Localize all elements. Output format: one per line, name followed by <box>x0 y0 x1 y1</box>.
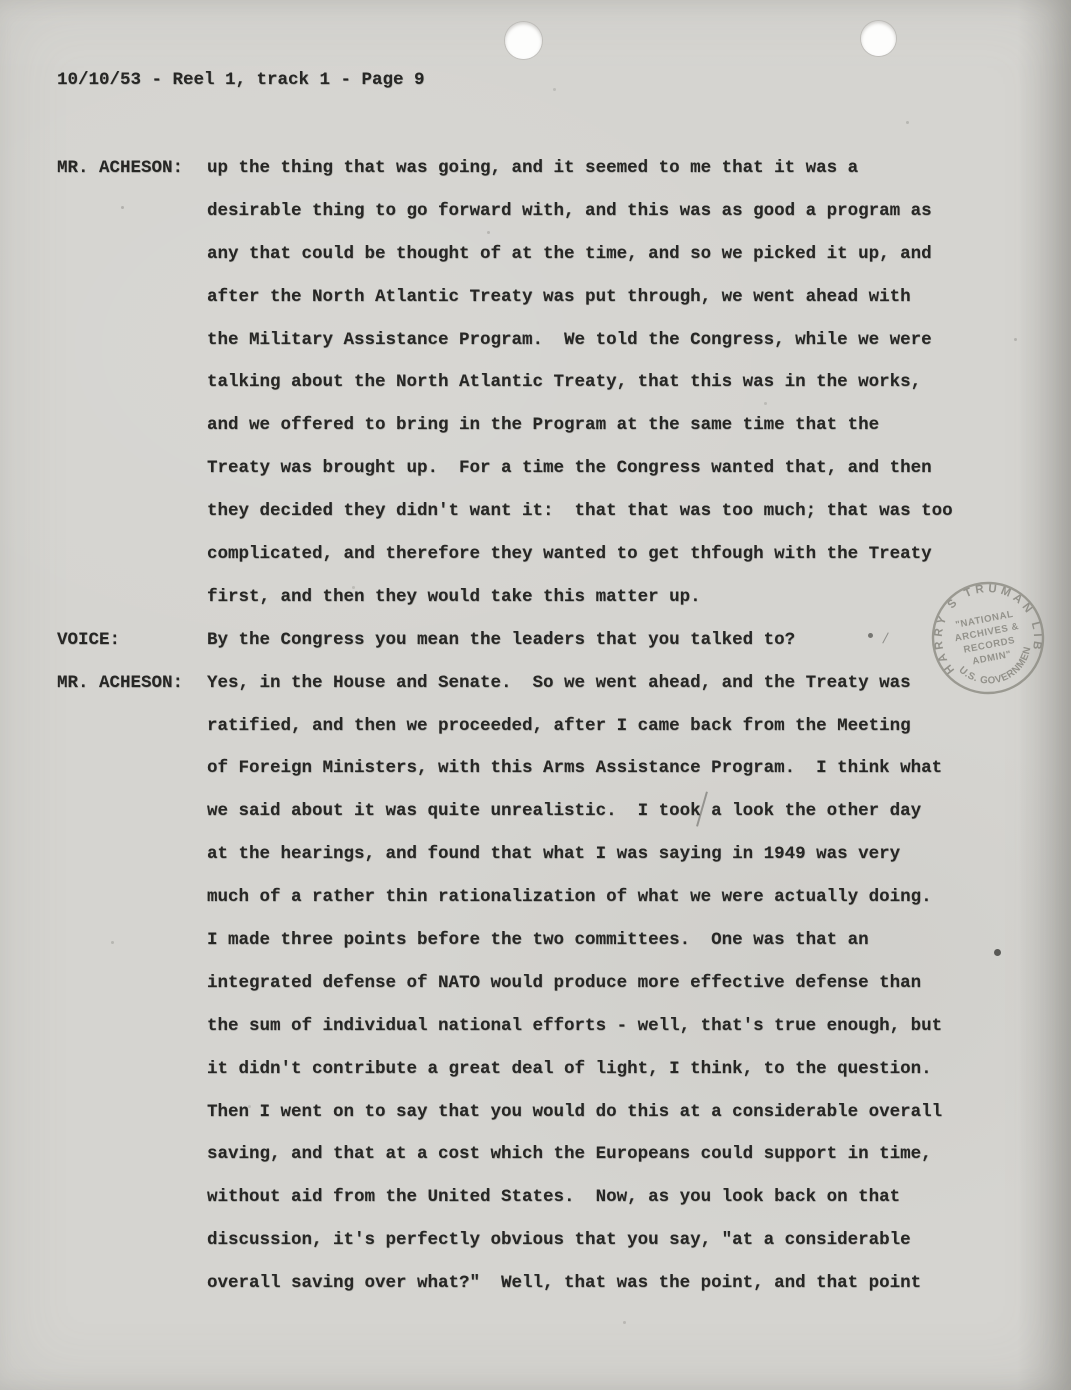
transcript-line: first, and then they would take this mat… <box>207 576 1041 619</box>
transcript-line: and we offered to bring in the Program a… <box>207 404 1041 447</box>
transcript-line: talking about the North Atlantic Treaty,… <box>207 361 1041 404</box>
transcript-line: we said about it was quite unrealistic. … <box>207 790 1041 833</box>
archive-stamp: HARRY S TRUMAN LIBRARY U.S. GOVERNMENT "… <box>928 578 1048 698</box>
speaker-turn: MR. ACHESON: Yes, in the House and Senat… <box>57 662 1041 1305</box>
transcript-line: desirable thing to go forward with, and … <box>207 190 1041 233</box>
paper-specks <box>0 0 3 3</box>
transcript-line: I made three points before the two commi… <box>207 919 1041 962</box>
speaker-turn: MR. ACHESON: up the thing that was going… <box>57 147 1041 619</box>
transcript-line: complicated, and therefore they wanted t… <box>207 533 1041 576</box>
speaker-label: MR. ACHESON: <box>57 147 207 190</box>
transcript-line: without aid from the United States. Now,… <box>207 1176 1041 1219</box>
transcript-line: integrated defense of NATO would produce… <box>207 962 1041 1005</box>
transcript-line: By the Congress you mean the leaders tha… <box>207 619 1041 662</box>
transcript-line: saving, and that at a cost which the Eur… <box>207 1133 1041 1176</box>
transcript-line: overall saving over what?" Well, that wa… <box>207 1262 1041 1305</box>
transcript-line: discussion, it's perfectly obvious that … <box>207 1219 1041 1262</box>
transcript-line: up the thing that was going, and it seem… <box>207 147 1041 190</box>
transcript-line: they decided they didn't want it: that t… <box>207 490 1041 533</box>
transcript: MR. ACHESON: up the thing that was going… <box>57 147 1041 1305</box>
transcript-line: Treaty was brought up. For a time the Co… <box>207 447 1041 490</box>
transcript-line: the Military Assistance Program. We told… <box>207 319 1041 362</box>
transcript-line: the sum of individual national efforts -… <box>207 1005 1041 1048</box>
speaker-label: MR. ACHESON: <box>57 662 207 705</box>
transcript-line: after the North Atlantic Treaty was put … <box>207 276 1041 319</box>
transcript-line: of Foreign Ministers, with this Arms Ass… <box>207 747 1041 790</box>
hole-punch-left <box>505 22 542 59</box>
speaker-label: VOICE: <box>57 619 207 662</box>
transcript-line: ratified, and then we proceeded, after I… <box>207 705 1041 748</box>
hole-punch-right <box>861 21 896 56</box>
document-page: 10/10/53 - Reel 1, track 1 - Page 9 MR. … <box>0 0 1071 1390</box>
turn-lines: Yes, in the House and Senate. So we went… <box>207 662 1041 1305</box>
transcript-line: at the hearings, and found that what I w… <box>207 833 1041 876</box>
transcript-line: any that could be thought of at the time… <box>207 233 1041 276</box>
transcript-line: Then I went on to say that you would do … <box>207 1091 1041 1134</box>
turn-lines: By the Congress you mean the leaders tha… <box>207 619 1041 662</box>
transcript-line: it didn't contribute a great deal of lig… <box>207 1048 1041 1091</box>
speaker-turn: VOICE: By the Congress you mean the lead… <box>57 619 1041 662</box>
transcript-line: Yes, in the House and Senate. So we went… <box>207 662 1041 705</box>
turn-lines: up the thing that was going, and it seem… <box>207 147 1041 619</box>
transcript-line: much of a rather thin rationalization of… <box>207 876 1041 919</box>
page-header: 10/10/53 - Reel 1, track 1 - Page 9 <box>57 70 425 90</box>
